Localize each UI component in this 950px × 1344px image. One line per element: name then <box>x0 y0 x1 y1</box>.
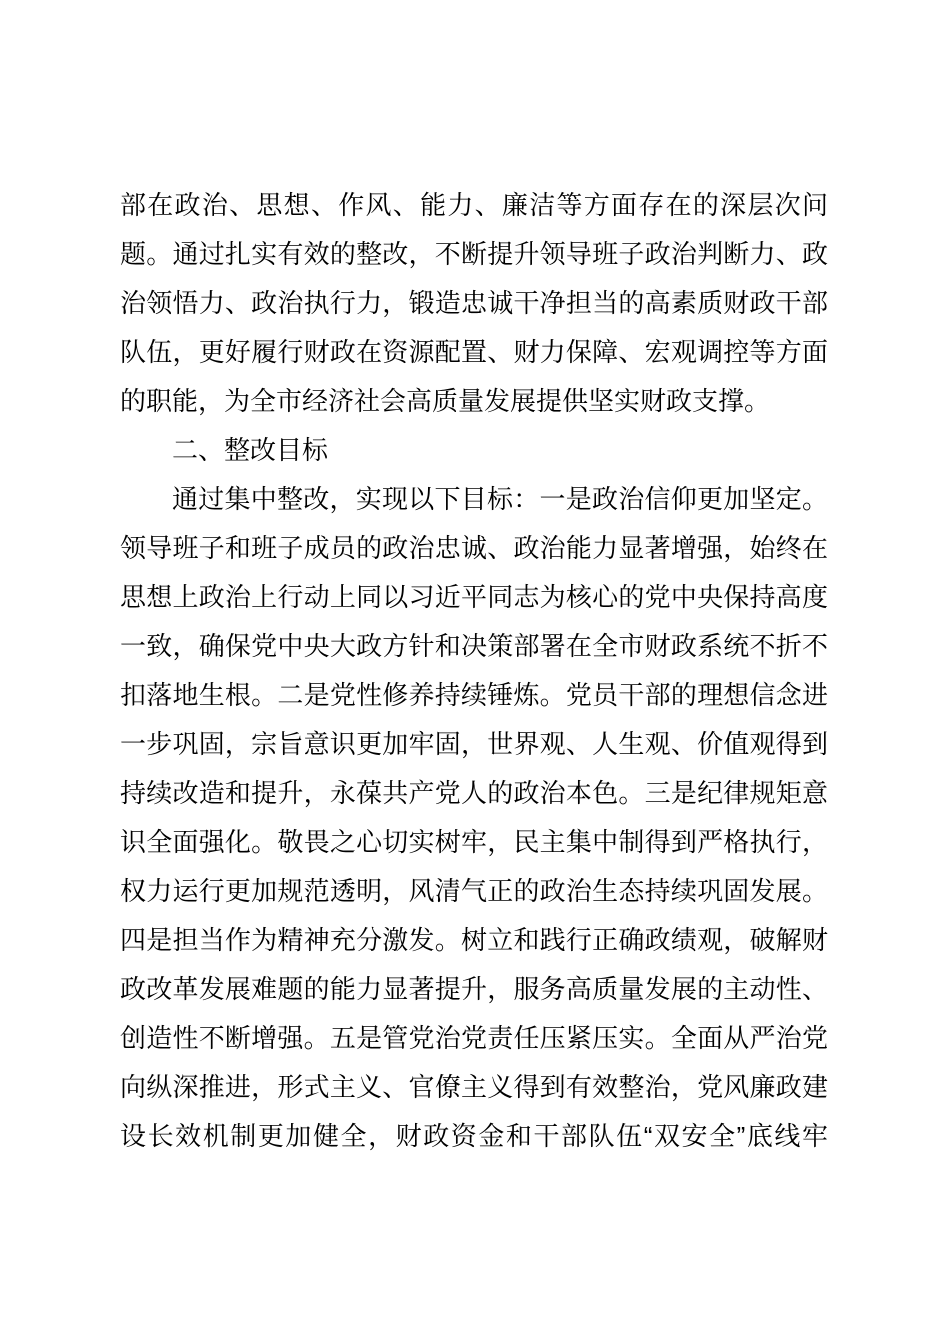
text-line: 的职能，为全市经济社会高质量发展提供坚实财政支撑。 <box>120 377 828 426</box>
section-heading: 二、整改目标 <box>120 426 828 475</box>
text-line: 一步巩固，宗旨意识更加牢固，世界观、人生观、价值观得到 <box>120 720 828 769</box>
text-line: 题。通过扎实有效的整改，不断提升领导班子政治判断力、政 <box>120 230 828 279</box>
text-line: 一致，确保党中央大政方针和决策部署在全市财政系统不折不 <box>120 622 828 671</box>
heading-line: 二、整改目标 <box>120 426 828 475</box>
text-line: 创造性不断增强。五是管党治党责任压紧压实。全面从严治党 <box>120 1014 828 1063</box>
document-page: 部在政治、思想、作风、能力、廉洁等方面存在的深层次问 题。通过扎实有效的整改，不… <box>0 0 950 1344</box>
text-line: 四是担当作为精神充分激发。树立和践行正确政绩观，破解财 <box>120 916 828 965</box>
text-line: 政改革发展难题的能力显著提升，服务高质量发展的主动性、 <box>120 965 828 1014</box>
text-line: 设长效机制更加健全，财政资金和干部队伍“双安全”底线牢 <box>120 1112 828 1161</box>
text-line: 思想上政治上行动上同以习近平同志为核心的党中央保持高度 <box>120 573 828 622</box>
text-line: 队伍，更好履行财政在资源配置、财力保障、宏观调控等方面 <box>120 328 828 377</box>
text-line: 部在政治、思想、作风、能力、廉洁等方面存在的深层次问 <box>120 181 828 230</box>
paragraph: 部在政治、思想、作风、能力、廉洁等方面存在的深层次问 题。通过扎实有效的整改，不… <box>120 181 828 426</box>
text-line: 权力运行更加规范透明，风清气正的政治生态持续巩固发展。 <box>120 867 828 916</box>
text-line: 治领悟力、政治执行力，锻造忠诚干净担当的高素质财政干部 <box>120 279 828 328</box>
text-line: 扣落地生根。二是党性修养持续锤炼。党员干部的理想信念进 <box>120 671 828 720</box>
text-line: 持续改造和提升，永葆共产党人的政治本色。三是纪律规矩意 <box>120 769 828 818</box>
paragraph: 通过集中整改，实现以下目标：一是政治信仰更加坚定。 领导班子和班子成员的政治忠诚… <box>120 475 828 1161</box>
document-text-block: 部在政治、思想、作风、能力、廉洁等方面存在的深层次问 题。通过扎实有效的整改，不… <box>120 181 828 1161</box>
text-line: 识全面强化。敬畏之心切实树牢，民主集中制得到严格执行， <box>120 818 828 867</box>
text-line: 通过集中整改，实现以下目标：一是政治信仰更加坚定。 <box>120 475 828 524</box>
text-line: 领导班子和班子成员的政治忠诚、政治能力显著增强，始终在 <box>120 524 828 573</box>
text-line: 向纵深推进，形式主义、官僚主义得到有效整治，党风廉政建 <box>120 1063 828 1112</box>
